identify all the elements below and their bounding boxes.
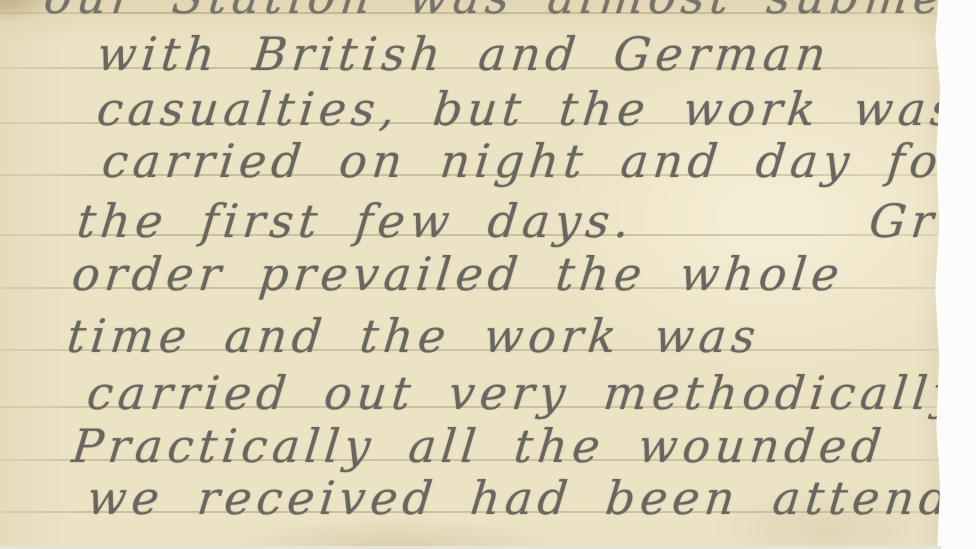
handwritten-line-8: carried out very methodically [85,370,941,416]
handwritten-line-3: casualties, but the work was [95,86,941,132]
handwritten-line-9: Practically all the wounded [70,423,888,469]
scanned-document: our Station was almost submerged with Br… [0,0,976,549]
handwritten-line-6: order prevailed the whole [70,251,846,297]
notebook-page: our Station was almost submerged with Br… [0,0,941,546]
handwritten-line-10: we received had been attended [85,475,941,521]
handwritten-line-4: carried on night and day for [100,138,941,184]
handwritten-line-1: our Station was almost submerged [42,0,941,20]
handwritten-line-7: time and the work was [65,313,763,359]
handwritten-line-5: the first few days. Great [75,198,941,244]
handwritten-line-2: with British and German [95,31,833,77]
